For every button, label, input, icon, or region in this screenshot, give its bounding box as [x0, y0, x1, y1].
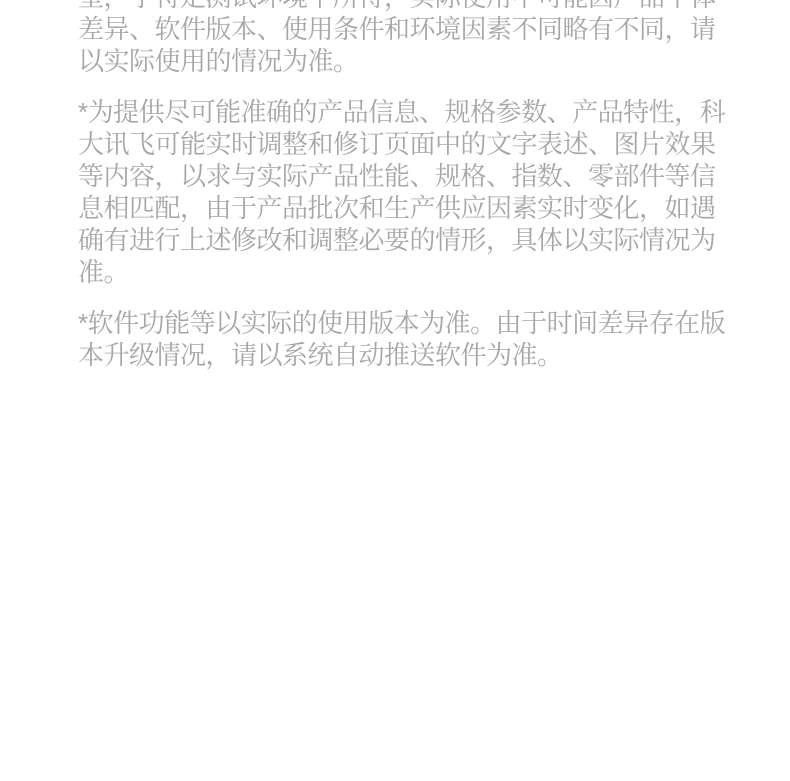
disclaimer-line: 准。	[78, 256, 738, 288]
disclaimer-section: 室，于特定测试环境下所得，实际使用中可能因产品个体 差异、软件版本、使用条件和环…	[78, 0, 738, 390]
disclaimer-line: 等内容，以求与实际产品性能、规格、指数、零部件等信	[78, 160, 738, 192]
disclaimer-line: *软件功能等以实际的使用版本为准。由于时间差异存在版	[78, 307, 738, 339]
disclaimer-line: 差异、软件版本、使用条件和环境因素不同略有不同，请	[78, 13, 738, 45]
disclaimer-paragraph-software-version: *软件功能等以实际的使用版本为准。由于时间差异存在版 本升级情况，请以系统自动推…	[78, 307, 738, 371]
disclaimer-line: 息相匹配，由于产品批次和生产供应因素实时变化，如遇	[78, 192, 738, 224]
disclaimer-line: 以实际使用的情况为准。	[78, 45, 738, 77]
disclaimer-paragraph-product-info: *为提供尽可能准确的产品信息、规格参数、产品特性，科 大讯飞可能实时调整和修订页…	[78, 96, 738, 288]
disclaimer-line-clipped: 室，于特定测试环境下所得，实际使用中可能因产品个体	[78, 0, 738, 13]
disclaimer-line: *为提供尽可能准确的产品信息、规格参数、产品特性，科	[78, 96, 738, 128]
disclaimer-paragraph-test-conditions: 室，于特定测试环境下所得，实际使用中可能因产品个体 差异、软件版本、使用条件和环…	[78, 0, 738, 77]
disclaimer-line: 确有进行上述修改和调整必要的情形，具体以实际情况为	[78, 224, 738, 256]
disclaimer-line: 大讯飞可能实时调整和修订页面中的文字表述、图片效果	[78, 128, 738, 160]
disclaimer-line: 本升级情况，请以系统自动推送软件为准。	[78, 339, 738, 371]
